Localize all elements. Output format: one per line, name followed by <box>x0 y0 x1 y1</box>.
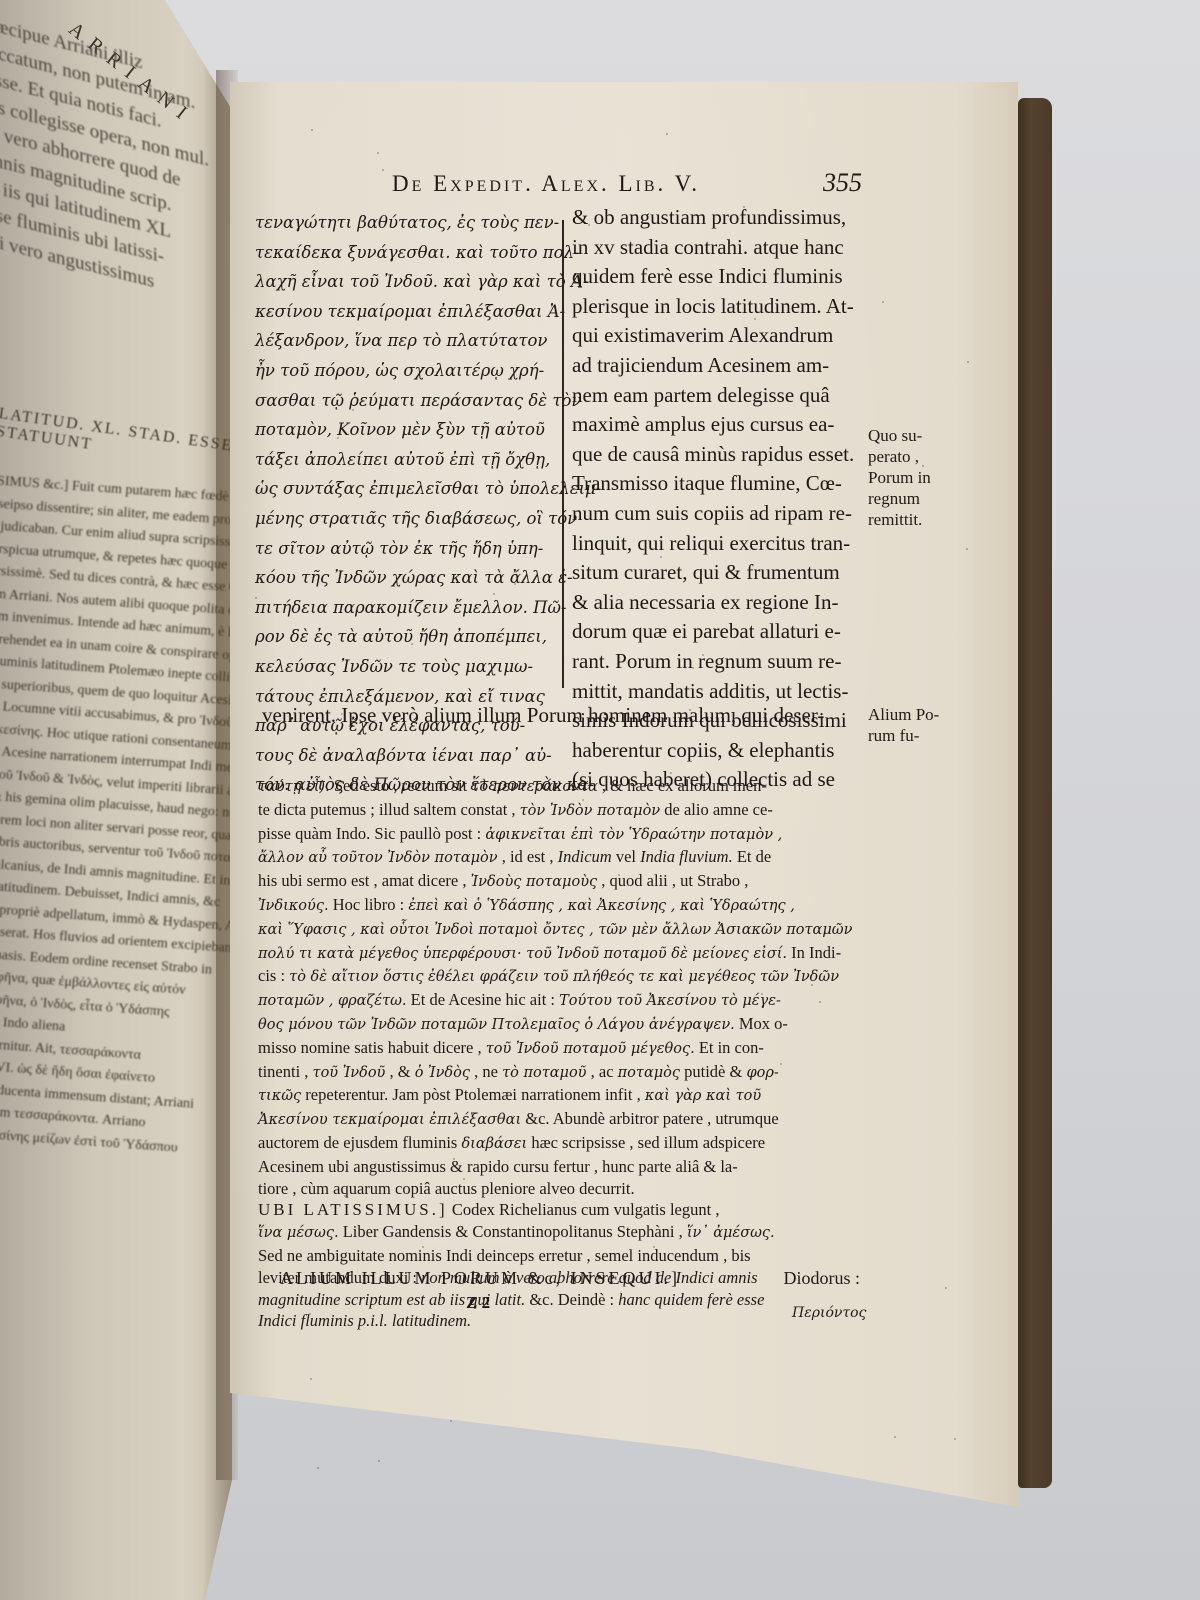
latin-text-line: & ob angustiam profundissimus, <box>572 203 857 233</box>
latin-text-line: qui existimaverim Alexandrum <box>572 321 857 351</box>
greek-quotation: τικῶς <box>258 1088 301 1104</box>
margin-note-line: regnum <box>868 488 968 509</box>
margin-note-line: rum fu- <box>868 725 968 746</box>
latin-text: tinenti , <box>258 1062 313 1081</box>
greek-quotation: ταύτῃ εἶ). <box>258 779 330 795</box>
commentary-line: te dicta putemus ; illud saltem constat … <box>258 799 858 823</box>
latin-text-line: Transmisso itaque flumine, Cœ- <box>572 469 857 499</box>
italic-citation: Indicum <box>558 847 612 866</box>
latin-text-line: num cum suis copiis ad ripam re- <box>572 499 857 529</box>
latin-text-line: mittit, mandatis additis, ut lectis- <box>572 677 857 707</box>
latin-text: , ne <box>470 1062 502 1081</box>
running-head: De Expedit. Alex. Lib. V. 355 <box>262 168 862 198</box>
greek-quotation: θος μόνου τῶν Ἰνδῶν ποταμῶν Πτολεμαῖος ὁ… <box>258 1017 735 1033</box>
commentary-line: auctorem de ejusdem fluminis διαβάσει hæ… <box>258 1132 858 1156</box>
latin-text-line: haberentur copiis, & elephantis <box>572 736 857 766</box>
commentary-line: ἵνα μέσως. Liber Gandensis & Constantino… <box>258 1221 858 1245</box>
footer-continuation: Diodorus : <box>784 1268 861 1289</box>
footer-lemma: ALIUM ILLUM PORUM &c, INSEQUI.] <box>280 1268 680 1289</box>
commentary-notes: ταύτῃ εἶ). Sed esto , rectum sit τὸ πεντ… <box>258 775 858 1332</box>
greek-text-line: ποταμὸν, Κοῖνον μὲν ξὺν τῇ αὐτοῦ <box>255 415 551 445</box>
latin-text: &c. Deindè : <box>525 1290 618 1309</box>
column-divider-rule <box>562 220 564 688</box>
latin-text: vel <box>612 847 640 866</box>
commentary-line: cis : τὸ δὲ αἴτιον ὅστις ἐθέλει φράζειν … <box>258 965 858 989</box>
greek-text-line: τους δὲ ἀναλαβόντα ἰέναι παρ᾽ αὐ- <box>255 741 551 771</box>
latin-text: auctorem de ejusdem fluminis <box>258 1133 461 1152</box>
margin-note-line: remittit. <box>868 509 968 530</box>
commentary-line: ἄλλον αὖ τοῦτον Ἰνδὸν ποταμὸν , id est ,… <box>258 846 858 870</box>
commentary-line: πολύ τι κατὰ μέγεθος ὑπερφέρουσι· τοῦ Ἰν… <box>258 942 858 966</box>
greek-text-line: κόου τῆς Ἰνδῶν χώρας καὶ τὰ ἄλλα ἐ- <box>255 563 551 593</box>
greek-text-line: λαχῆ εἶναι τοῦ Ἰνδοῦ. καὶ γὰρ καὶ τὸ Ἀ- <box>255 267 551 297</box>
commentary-line: ταύτῃ εἶ). Sed esto , rectum sit τὸ πεντ… <box>258 775 858 799</box>
greek-text-line: λέξανδρον, ἵνα περ τὸ πλατύτατον <box>255 326 551 356</box>
latin-text-line: in xv stadia contrahi. atque hanc <box>572 233 857 263</box>
margin-note-line: perato , <box>868 446 968 467</box>
commentary-line: Ἰνδικούς. Hoc libro : ἐπεὶ καὶ ὁ Ὑδάσπης… <box>258 894 858 918</box>
latin-text: , & <box>385 1062 414 1081</box>
commentary-line: ποταμῶν , φραζέτω. Et de Acesine hic ait… <box>258 989 858 1013</box>
latin-text: te dicta putemus ; illud saltem constat … <box>258 800 520 819</box>
commentary-line: tiore , cùm aquarum copiâ auctus plenior… <box>258 1178 858 1200</box>
latin-text: Liber Gandensis & Constantinopolitanus S… <box>339 1222 687 1241</box>
catchword: Περιόντος <box>792 1305 866 1321</box>
margin-note-line: Alium Po- <box>868 704 968 725</box>
latin-text: repeterentur. Jam pòst Ptolemæi narratio… <box>301 1085 645 1104</box>
latin-text-line: plerisque in locis latitudinem. At- <box>572 292 857 322</box>
commentary-line: magnitudine scriptum est ab iis qui lati… <box>258 1289 858 1311</box>
left-page-verso: ARRIANI præcipue Arriani illizpeccatum, … <box>0 0 232 1600</box>
signature-mark: Z 2 <box>466 1293 490 1313</box>
greek-quotation: ἀφικνεῖται ἐπὶ τὸν Ὑδραώτην ποταμὸν , <box>485 827 782 843</box>
latin-text: Sed esto , rectum sit <box>330 776 472 795</box>
commentary-line: his ubi sermo est , amat dicere , Ἰνδοὺς… <box>258 870 858 894</box>
book-fore-edge <box>1018 98 1052 1488</box>
greek-quotation: Ἰνδοὺς ποταμοὺς <box>471 874 598 890</box>
latin-text: hæc scripsisse , sed illum adspicere <box>527 1133 765 1152</box>
latin-text: cis : <box>258 966 289 985</box>
greek-text-line: τεκαίδεκα ξυνάγεσθαι. καὶ τοῦτο πολ- <box>255 238 551 268</box>
latin-text: Et in con- <box>695 1038 764 1057</box>
latin-text: tiore , cùm aquarum copiâ auctus plenior… <box>258 1179 635 1198</box>
greek-quotation: τοῦ Ἰνδοῦ <box>313 1065 386 1081</box>
left-notes-heading: LATITUD. XL. STAD. ESSE STATUUNT <box>0 405 232 474</box>
latin-text: , ac <box>587 1062 618 1081</box>
commentary-line: Ἀκεσίνου τεκμαίρομαι ἐπιλέξασθαι &c. Abu… <box>258 1108 858 1132</box>
left-notes: SSIMUS &c.] Fuit cum putarem hæc fœdè co… <box>0 470 232 1161</box>
latin-text-line: nem eam partem delegisse quâ <box>572 381 857 411</box>
greek-quotation: τὸ δὲ αἴτιον ὅστις ἐθέλει φράζειν τοῦ πλ… <box>289 969 839 985</box>
latin-text-line: rant. Porum in regnum suum re- <box>572 647 857 677</box>
greek-text-line: τάξει ἀπολείπει αὐτοῦ ἐπὶ τῇ ὄχθῃ, <box>255 445 551 475</box>
latin-text: Codex Richelianus cum vulgatis legunt , <box>448 1200 720 1219</box>
margin-note-line: Quo su- <box>868 425 968 446</box>
latin-text-line: quidem ferè esse Indici fluminis <box>572 262 857 292</box>
greek-quotation: ἄλλον αὖ τοῦτον Ἰνδὸν ποταμὸν <box>258 850 498 866</box>
greek-text-line: ἦν τοῦ πόρου, ὡς σχολαιτέρῳ χρή- <box>255 356 551 386</box>
commentary-line: pisse quàm Indo. Sic paullò post : ἀφικν… <box>258 823 858 847</box>
italic-citation: hanc quidem ferè esse <box>618 1290 764 1309</box>
greek-quotation: ποταμὸς <box>618 1065 680 1081</box>
commentary-line: καὶ Ὕφασις , καὶ οὗτοι Ἰνδοὶ ποταμοὶ ὄντ… <box>258 918 858 942</box>
latin-text: Mox o- <box>735 1014 788 1033</box>
greek-quotation: ἵνα μέσως. <box>258 1225 339 1241</box>
latin-text: Acesinem ubi angustissimus & rapido curs… <box>258 1157 738 1176</box>
greek-quotation: καὶ Ὕφασις , καὶ οὗτοι Ἰνδοὶ ποταμοὶ ὄντ… <box>258 922 852 938</box>
commentary-line: Sed ne ambiguitate nominis Indi deinceps… <box>258 1245 858 1267</box>
latin-text: Et de <box>733 847 772 866</box>
greek-text-line: κεσίνου τεκμαίρομαι ἐπιλέξασθαι Ἀ- <box>255 297 551 327</box>
commentary-line: Indici fluminis p.i.l. latitudinem. <box>258 1310 858 1332</box>
greek-quotation: τὸν Ἰνδὸν ποταμὸν <box>520 803 660 819</box>
latin-text: , quod alii , ut Strabo , <box>597 871 748 890</box>
italic-citation: Indici fluminis p.i.l. latitudinem. <box>258 1311 471 1330</box>
greek-quotation: Ἰνδικούς. <box>258 898 329 914</box>
latin-text: pisse quàm Indo. Sic paullò post : <box>258 824 485 843</box>
latin-text-line: linquit, qui reliqui exercitus tran- <box>572 529 857 559</box>
greek-text-line: κελεύσας Ἰνδῶν τε τοὺς μαχιμω- <box>255 652 551 682</box>
left-text-column: præcipue Arriani illizpeccatum, non pute… <box>0 9 230 314</box>
latin-text: de alio amne ce- <box>660 800 773 819</box>
latin-text: putidè & <box>680 1062 746 1081</box>
latin-text-line: maximè amplus ejus cursus ea- <box>572 410 857 440</box>
greek-quotation: τὸ πεντεράκοντα <box>471 779 597 795</box>
latin-text: In Indi- <box>787 943 841 962</box>
commentary-line: tinenti , τοῦ Ἰνδοῦ , & ὁ Ἰνδὸς , ne τὸ … <box>258 1061 858 1085</box>
greek-text-line: ὡς συντάξας ἐπιμελεῖσθαι τὸ ὑπολελειμ- <box>255 474 551 504</box>
greek-quotation: Ἀκεσίνου τεκμαίρομαι ἐπιλέξασθαι <box>258 1112 521 1128</box>
greek-quotation: φορ- <box>746 1065 778 1081</box>
margin-note-alium-porum: Alium Po-rum fu- <box>868 704 968 746</box>
commentary-line: misso nomine satis habuit dicere , τοῦ Ἰ… <box>258 1037 858 1061</box>
greek-quotation: τοῦ Ἰνδοῦ ποταμοῦ μέγεθος. <box>486 1041 695 1057</box>
latin-text: Et de Acesine hic ait : <box>407 990 560 1009</box>
latin-text: misso nomine satis habuit dicere , <box>258 1038 486 1057</box>
running-head-title: De Expedit. Alex. Lib. V. <box>262 171 700 197</box>
latin-text-line: ad trajiciendum Acesinem am- <box>572 351 857 381</box>
greek-quotation: διαβάσει <box>461 1136 527 1152</box>
greek-quotation: ὁ Ἰνδὸς <box>415 1065 470 1081</box>
greek-quotation: Τούτου τοῦ Ἀκεσίνου τὸ μέγε- <box>559 993 781 1009</box>
latin-text: his ubi sermo est , amat dicere , <box>258 871 471 890</box>
greek-text-line: τεναγώτητι βαθύτατος, ἐς τοὺς πεν- <box>255 208 551 238</box>
greek-quotation: ἐπεὶ καὶ ὁ Ὑδάσπης , καὶ Ἀκεσίνης , καὶ … <box>408 898 794 914</box>
latin-text-line: situm curaret, qui & frumentum <box>572 558 857 588</box>
latin-text: , & hæc ex aliorum men- <box>598 776 767 795</box>
greek-text-line: ρον δὲ ἐς τὰ αὐτοῦ ἤθη ἀποπέμπει, <box>255 622 551 652</box>
latin-text: Sed ne ambiguitate nominis Indi deinceps… <box>258 1246 751 1265</box>
greek-text-line: σασθαι τῷ ῥεύματι περάσαντας δὲ τὸν <box>255 386 551 416</box>
greek-quotation: ποταμῶν , φραζέτω. <box>258 993 407 1009</box>
latin-text-line: que de causâ minùs rapidus esset. <box>572 440 857 470</box>
commentary-line: τικῶς repeterentur. Jam pòst Ptolemæi na… <box>258 1084 858 1108</box>
latin-text-line: & alia necessaria ex regione In- <box>572 588 857 618</box>
greek-quotation: ἵν᾽ ἀμέσως. <box>687 1225 775 1241</box>
latin-text: Hoc libro : <box>329 895 409 914</box>
margin-note-quo-superato: Quo su-perato ,Porum inregnumremittit. <box>868 425 968 530</box>
commentary-line: θος μόνου τῶν Ἰνδῶν ποταμῶν Πτολεμαῖος ὁ… <box>258 1013 858 1037</box>
margin-note-line: Porum in <box>868 467 968 488</box>
greek-quotation: καὶ γὰρ καὶ τοῦ <box>645 1088 761 1104</box>
italic-citation: India fluvium. <box>640 847 733 866</box>
greek-text-line: μένης στρατιᾶς τῆς διαβάσεως, οἳ τόν <box>255 504 551 534</box>
page-number: 355 <box>823 168 862 198</box>
greek-quotation: τὸ ποταμοῦ <box>502 1065 586 1081</box>
note-lemma: UBI LATISSIMUS.] <box>258 1200 448 1219</box>
latin-text: , id est , <box>498 847 558 866</box>
greek-quotation: πολύ τι κατὰ μέγεθος ὑπερφέρουσι· τοῦ Ἰν… <box>258 946 787 962</box>
full-width-text-line: venirent. Ipse verò alium illum Porum ho… <box>262 703 852 728</box>
greek-text-line: πιτήδεια παρακομίζειν ἔμελλον. Πῶ- <box>255 593 551 623</box>
commentary-line: UBI LATISSIMUS.] Codex Richelianus cum v… <box>258 1199 858 1221</box>
latin-text: &c. Abundè arbitror patere , utrumque <box>521 1109 779 1128</box>
footer-lemma-line: ALIUM ILLUM PORUM &c, INSEQUI.] Diodorus… <box>280 1268 860 1289</box>
commentary-line: Acesinem ubi angustissimus & rapido curs… <box>258 1156 858 1178</box>
greek-text-line: τε σῖτον αὐτῷ τὸν ἐκ τῆς ἤδη ὑπη- <box>255 534 551 564</box>
latin-text-line: dorum quæ ei parebat allaturi e- <box>572 617 857 647</box>
